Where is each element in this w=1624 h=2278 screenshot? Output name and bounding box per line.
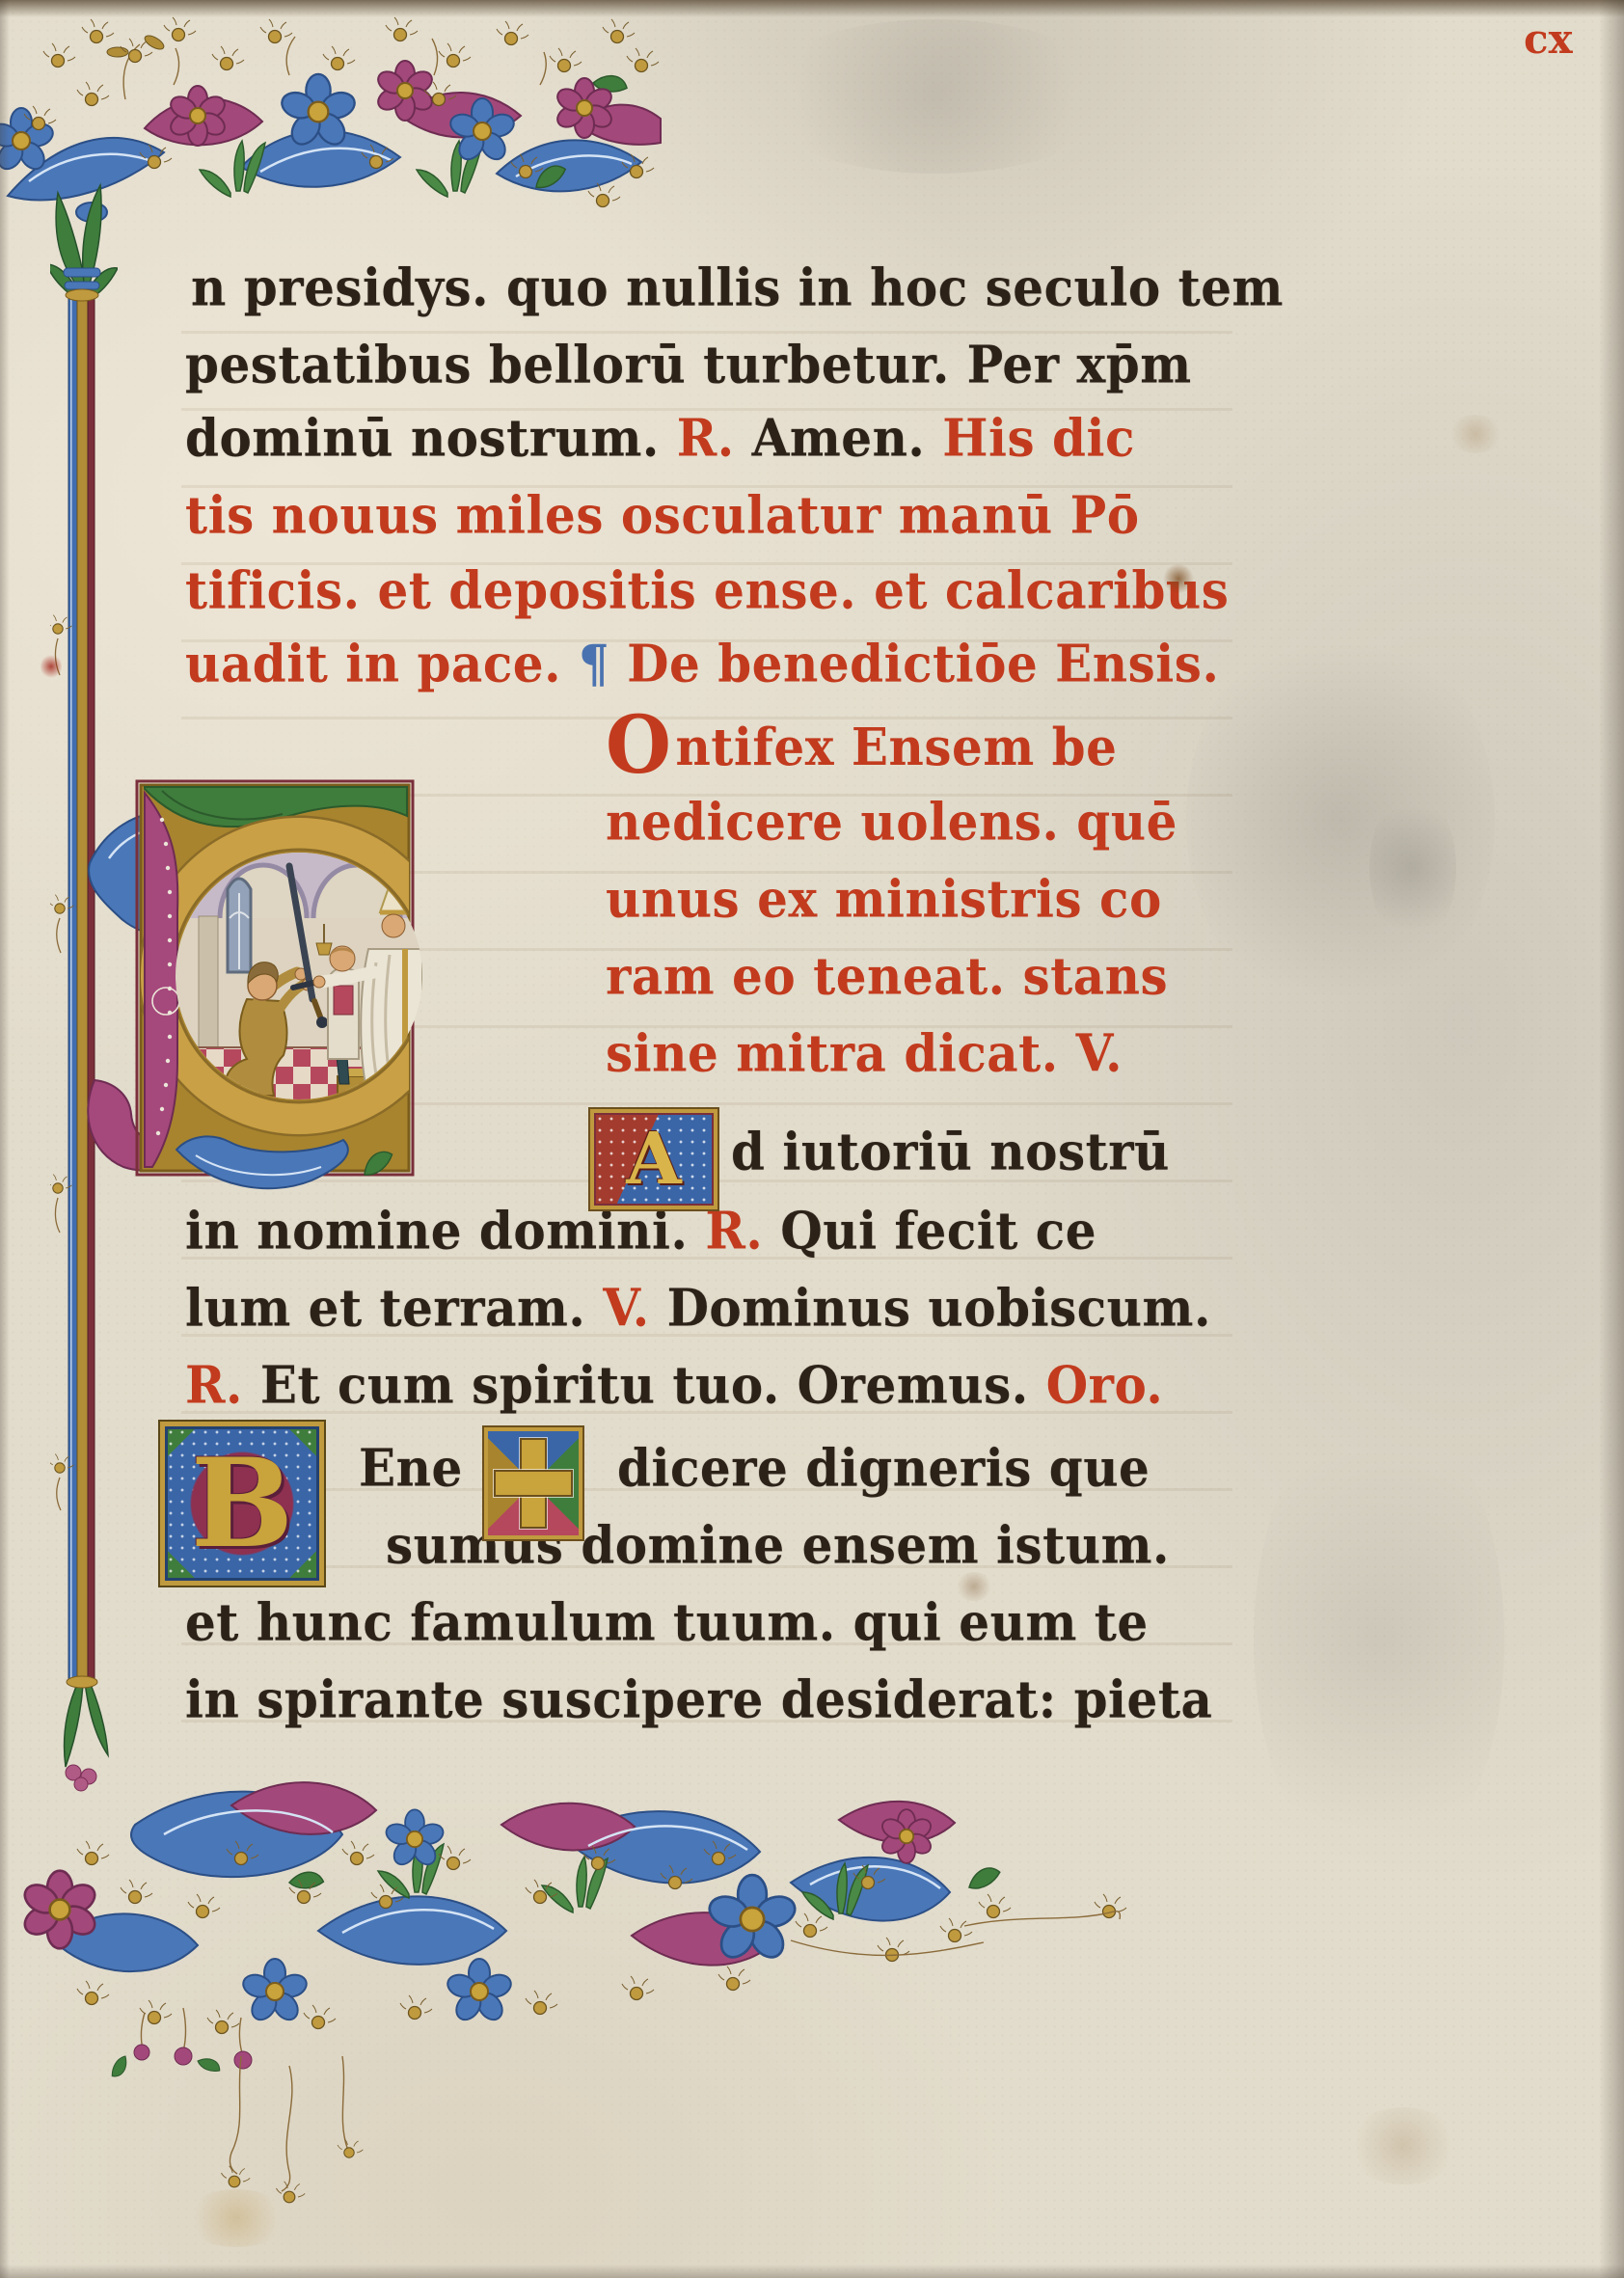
folio-number: cx	[1524, 15, 1573, 63]
leaf-icon	[288, 1867, 325, 1893]
bottom-border-garland	[0, 1767, 1128, 2249]
pilcrow-icon: ¶	[579, 634, 627, 694]
text-line: pestatibus bellorū turbetur. Per xp̄m	[185, 339, 1192, 391]
text-line: unus ex ministris co	[606, 874, 1162, 925]
text-line: tis nouus miles osculatur manū Pō	[185, 490, 1140, 541]
gold-leaf	[107, 47, 128, 57]
page-edge-right	[1599, 0, 1624, 2278]
rubric-segment: Oro.	[1046, 1355, 1164, 1416]
text-line: R. Et cum spiritu tuo. Oremus. Oro.	[185, 1360, 1163, 1411]
rubric-segment: De benedictiōe Ensis.	[627, 634, 1219, 694]
stain	[1447, 415, 1504, 453]
text-line: n presidys. quo nullis in hoc seculo tem	[191, 262, 1284, 313]
text-line: nedicere uolens. quē	[606, 797, 1177, 848]
text-segment: et hunc famulum tuum. qui eum te	[185, 1592, 1149, 1653]
rubric-segment: ntifex Ensem be	[675, 717, 1117, 777]
rubric-segment: nedicere uolens. quē	[606, 792, 1177, 853]
text-segment: Qui fecit ce	[780, 1201, 1096, 1261]
versal-b-letter: B	[191, 1443, 294, 1564]
text-segment: in nomine domini.	[185, 1201, 705, 1261]
response-mark: R.	[677, 408, 752, 469]
rubric-segment: sine mitra dicat. V.	[606, 1023, 1123, 1084]
text-line: tificis. et depositis ense. et calcaribu…	[185, 565, 1229, 616]
stain	[1186, 617, 1495, 1022]
blue-flower-icon	[240, 1959, 309, 2024]
text-segment: Amen.	[752, 408, 943, 469]
leaf-icon	[966, 1866, 1002, 1889]
text-line: in spirante suscipere desiderat: pieta	[185, 1674, 1212, 1725]
miniature-initial-p	[85, 772, 424, 1196]
hanging-lamp	[316, 943, 332, 955]
gold-collar	[66, 289, 98, 301]
text-line: dicere digneris que	[617, 1443, 1150, 1494]
rubric-segment: ram eo teneat. stans	[606, 946, 1168, 1007]
rubric-segment: uadit in pace.	[185, 634, 579, 694]
text-segment: lum et terram.	[185, 1278, 603, 1339]
bottom-leaf-tassel	[65, 1680, 108, 1767]
text-segment: n presidys. quo nullis in hoc seculo tem	[191, 258, 1284, 318]
versal-a-letter: A	[626, 1124, 681, 1195]
acolyte-figure	[328, 946, 359, 1059]
acanthus-scrolls	[53, 1782, 955, 1971]
versal-a-initial: A	[590, 1109, 717, 1209]
text-line: sine mitra dicat. V.	[606, 1028, 1123, 1079]
versal-o: O	[606, 718, 671, 775]
text-segment: d iutoriū nostrū	[731, 1122, 1170, 1182]
versal-b-initial: B	[160, 1422, 324, 1586]
text-line: uadit in pace. ¶ De benedictiōe Ensis.	[185, 638, 1219, 690]
text-line: Ontifex Ensem be	[606, 718, 1117, 775]
text-line: lum et terram. V. Dominus uobiscum.	[185, 1283, 1211, 1334]
leaf-tuft	[200, 141, 265, 197]
rubric-segment: unus ex ministris co	[606, 869, 1162, 930]
versicle-mark: V.	[603, 1278, 666, 1339]
rubric-segment: tificis. et depositis ense. et calcaribu…	[185, 560, 1229, 621]
text-segment: dicere digneris que	[617, 1438, 1150, 1499]
stain	[1254, 1398, 1504, 1881]
consecration-cross-icon	[484, 1427, 582, 1539]
text-segment: Ene	[359, 1438, 463, 1499]
text-line: in nomine domini. R. Qui fecit ce	[185, 1206, 1096, 1257]
response-mark: R.	[185, 1355, 260, 1416]
gold-leaf	[143, 33, 166, 52]
rubric-segment: tis nouus miles osculatur manū Pō	[185, 485, 1140, 546]
stain	[1369, 791, 1456, 945]
text-line: dominū nostrum. R. Amen. His dic	[185, 413, 1135, 464]
text-line: ram eo teneat. stans	[606, 951, 1168, 1002]
stain	[1345, 2107, 1461, 2184]
hanging-buds	[107, 2008, 252, 2079]
text-segment: Dominus uobiscum.	[667, 1278, 1211, 1339]
text-line: d iutoriū nostrū	[731, 1126, 1170, 1178]
text-line: et hunc famulum tuum. qui eum te	[185, 1597, 1149, 1648]
gold-collar	[67, 1676, 97, 1688]
response-mark: R.	[705, 1201, 780, 1261]
text-line: Ene	[359, 1443, 463, 1494]
stain	[752, 19, 1119, 174]
manuscript-page: cx n presidys. quo nullis in hoc seculo …	[0, 0, 1624, 2278]
blue-flower-icon	[445, 1959, 513, 2024]
text-segment: Et cum spiritu tuo. Oremus.	[260, 1355, 1046, 1416]
text-segment: pestatibus bellorū turbetur. Per xp̄m	[185, 335, 1192, 395]
page-edge-bottom	[0, 2264, 1624, 2278]
pilaster	[199, 916, 218, 1051]
text-segment: dominū nostrum.	[185, 408, 677, 469]
text-segment: in spirante suscipere desiderat: pieta	[185, 1669, 1212, 1730]
rubric-segment: His dic	[942, 408, 1135, 469]
